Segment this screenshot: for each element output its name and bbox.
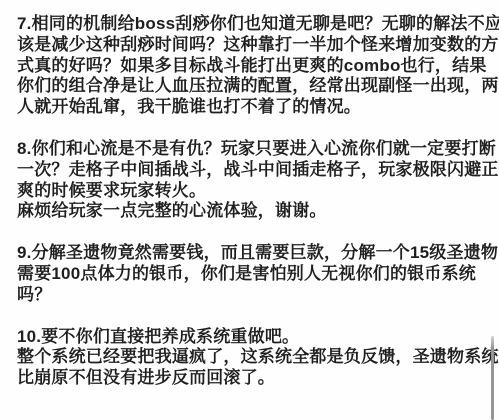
text-line: 比崩原不但没有进步反而回滚了。 bbox=[17, 368, 485, 389]
text-line: 8.你们和心流是不是有仇？玩家只要进入心流你们就一定要打断 bbox=[17, 139, 485, 160]
feedback-text-body: 7.相同的机制给boss刮痧你们也知道无聊是吧？无聊的解法不应 该是减少这种刮痧… bbox=[17, 14, 485, 389]
paragraph-item-7: 7.相同的机制给boss刮痧你们也知道无聊是吧？无聊的解法不应 该是减少这种刮痧… bbox=[17, 14, 485, 118]
text-line: 爽的时候要求玩家转火。 bbox=[17, 181, 485, 202]
text-line: 式真的好吗？如果多目标战斗能打出更爽的combo也行，结果 bbox=[17, 56, 485, 77]
text-line: 你们的组合净是让人血压拉满的配置，经常出现副怪一出现，两 bbox=[17, 76, 485, 97]
text-line: 吗？ bbox=[17, 285, 485, 306]
paragraph-item-8: 8.你们和心流是不是有仇？玩家只要进入心流你们就一定要打断 一次？走格子中间插战… bbox=[17, 139, 485, 222]
text-line: 需要100点体力的银币，你们是害怕别人无视你们的银币系统 bbox=[17, 264, 485, 285]
vertical-scrollbar-thumb[interactable] bbox=[491, 336, 494, 420]
text-line: 10.要不你们直接把养成系统重做吧。 bbox=[17, 327, 485, 348]
text-line: 7.相同的机制给boss刮痧你们也知道无聊是吧？无聊的解法不应 bbox=[17, 14, 485, 35]
paragraph-item-10: 10.要不你们直接把养成系统重做吧。 整个系统已经要把我逼疯了，这系统全都是负反… bbox=[17, 327, 485, 389]
text-line: 一次？走格子中间插战斗，战斗中间插走格子，玩家极限闪避正 bbox=[17, 160, 485, 181]
text-line: 麻烦给玩家一点完整的心流体验，谢谢。 bbox=[17, 201, 485, 222]
text-line: 该是减少这种刮痧时间吗？这种靠打一半加个怪来增加变数的方 bbox=[17, 35, 485, 56]
text-line: 整个系统已经要把我逼疯了，这系统全都是负反馈，圣遗物系统 bbox=[17, 347, 485, 368]
text-line: 人就开始乱窜，我干脆谁也打不着了的情况。 bbox=[17, 97, 485, 118]
text-line: 9.分解圣遗物竟然需要钱，而且需要巨款，分解一个15级圣遗物 bbox=[17, 243, 485, 264]
paragraph-item-9: 9.分解圣遗物竟然需要钱，而且需要巨款，分解一个15级圣遗物 需要100点体力的… bbox=[17, 243, 485, 305]
